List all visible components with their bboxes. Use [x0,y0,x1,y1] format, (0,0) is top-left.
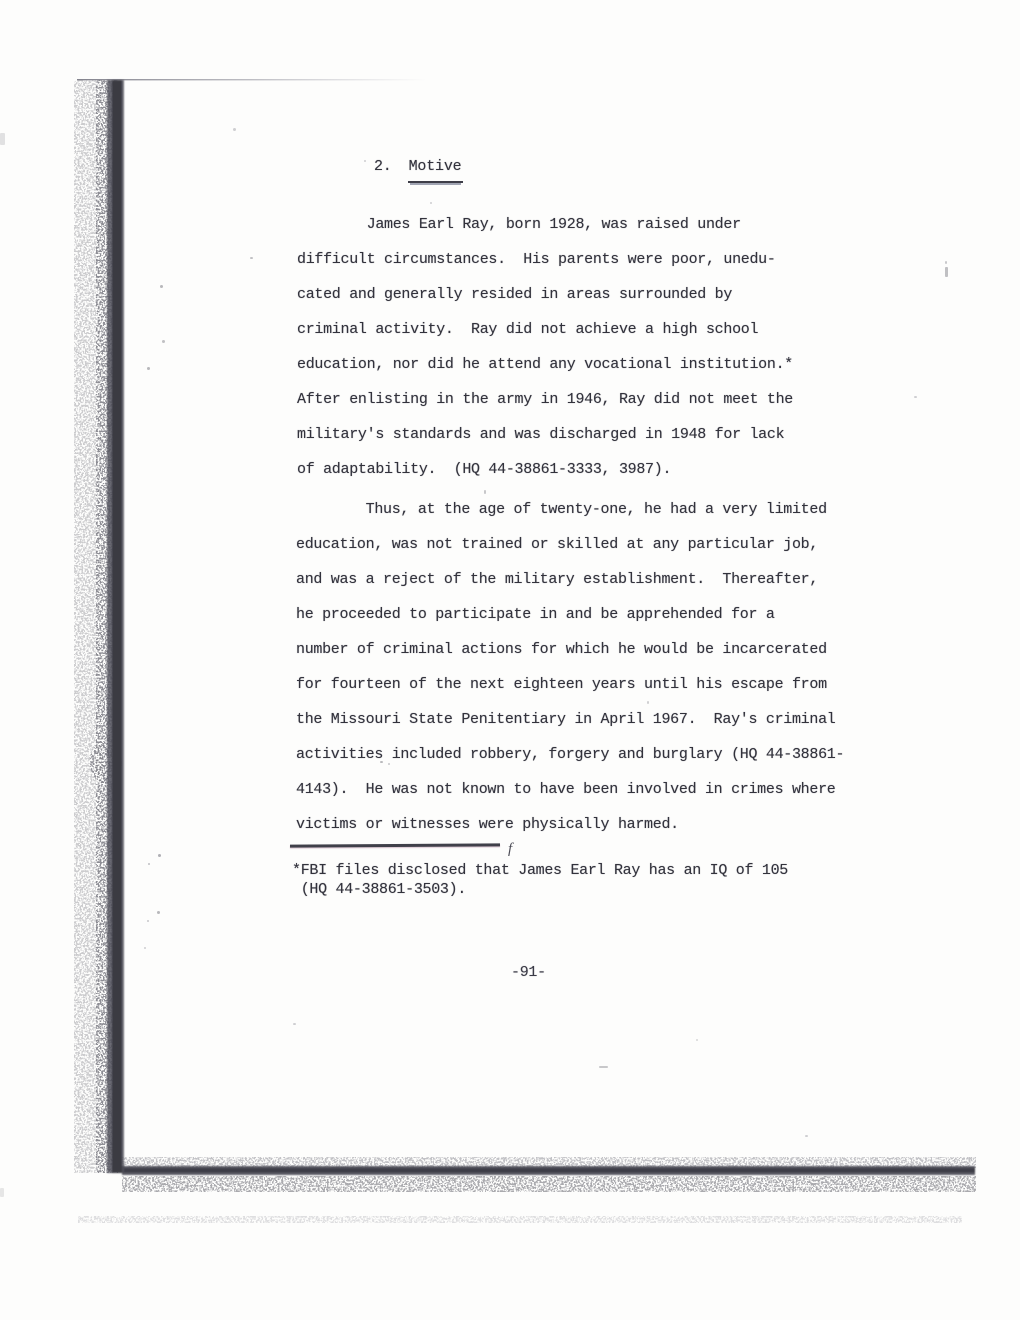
scan-speck [0,1188,4,1197]
scan-speck [945,267,948,277]
scan-speck [147,920,149,922]
text-line: education, was not trained or skilled at… [296,527,844,562]
text-line: military's standards and was discharged … [297,417,793,452]
text-line: difficult circumstances. His parents wer… [297,242,793,277]
scan-speck [599,1066,608,1068]
scan-speck [805,1135,808,1137]
scan-speck [233,128,236,131]
text-line: he proceeded to participate in and be ap… [296,597,844,632]
scan-speck [147,367,150,370]
bottom-edge-shadow [122,1166,975,1175]
text-line: criminal activity. Ray did not achieve a… [297,312,793,347]
text-line: number of criminal actions for which he … [296,632,844,667]
text-line: activities included robbery, forgery and… [296,737,844,772]
scan-speck [430,202,432,204]
footnote-divider [290,843,500,847]
text-line: cated and generally resided in areas sur… [297,277,793,312]
scan-speck [144,947,146,949]
text-line: Thus, at the age of twenty-one, he had a… [296,492,844,527]
stray-pen-mark: f [508,841,512,858]
text-line: 4143). He was not known to have been inv… [296,772,844,807]
text-line: of adaptability. (HQ 44-38861-3333, 3987… [297,452,793,487]
scan-speck [293,1023,296,1025]
text-line: *FBI files disclosed that James Earl Ray… [292,861,788,880]
scan-speck [914,396,917,398]
text-line: James Earl Ray, born 1928, was raised un… [297,207,793,242]
section-heading: 2.Motive [374,155,463,183]
paragraph-2: Thus, at the age of twenty-one, he had a… [296,492,844,842]
scan-speck [148,863,150,865]
text-line: victims or witnesses were physically har… [296,807,844,842]
paragraph-1: James Earl Ray, born 1928, was raised un… [297,207,793,487]
scan-speck [250,257,253,259]
scan-speck [696,1039,698,1041]
scanned-document-page: 2.Motive James Earl Ray, born 1928, was … [0,0,1020,1320]
text-line: the Missouri State Penitentiary in April… [296,702,844,737]
left-edge-shadow [107,80,124,1173]
section-number: 2. [374,158,392,175]
top-crease-line [77,79,427,80]
scan-speck [157,911,160,914]
text-line: (HQ 44-38861-3503). [292,880,788,899]
scan-speck [364,160,366,162]
scan-speck [0,133,5,145]
scan-speck [160,285,163,288]
text-line: for fourteen of the next eighteen years … [296,667,844,702]
scan-speck [162,340,165,343]
page-number: -91- [511,964,546,981]
section-title: Motive [408,155,464,183]
text-line: and was a reject of the military establi… [296,562,844,597]
scan-speck [158,854,161,857]
text-line: After enlisting in the army in 1946, Ray… [297,382,793,417]
text-line: education, nor did he attend any vocatio… [297,347,793,382]
scan-speck [945,261,947,264]
footnote: *FBI files disclosed that James Earl Ray… [292,861,788,899]
